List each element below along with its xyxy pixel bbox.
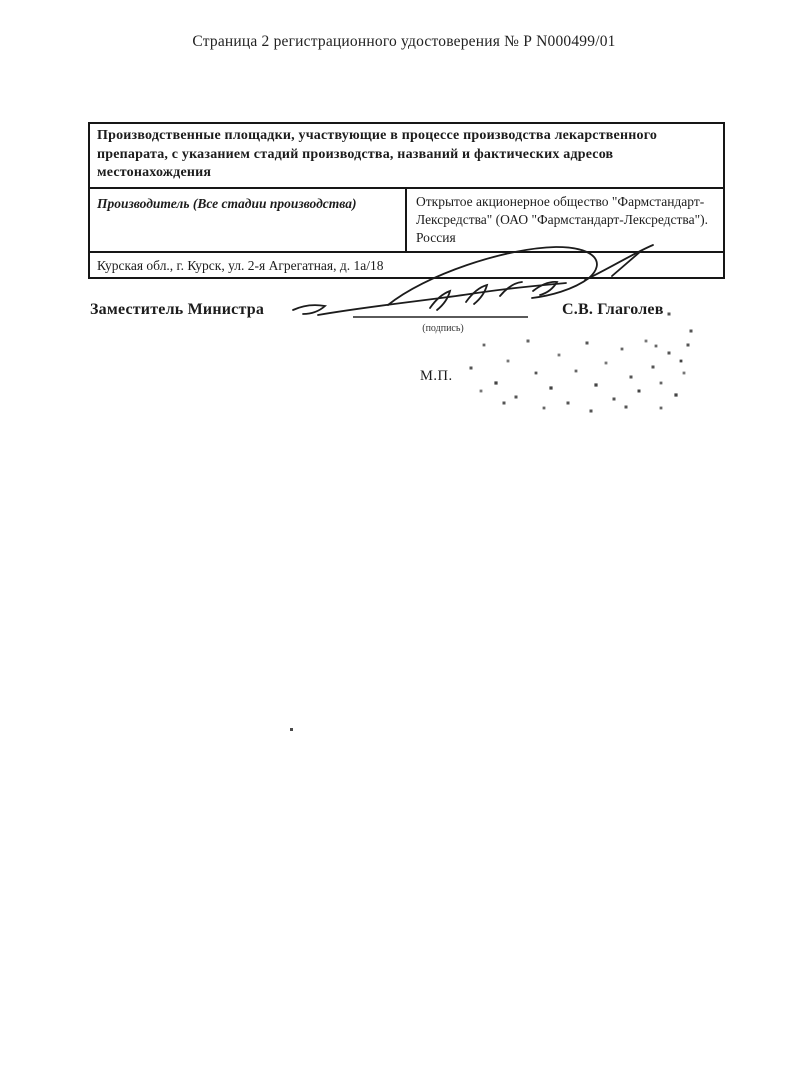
table-row: Производитель (Все стадии производства) … — [90, 189, 723, 253]
stamp-remnant-speckles — [455, 332, 457, 334]
certificate-page: Страница 2 регистрационного удостоверени… — [0, 0, 808, 1072]
page-header: Страница 2 регистрационного удостоверени… — [0, 33, 808, 51]
manufacturer-value-cell: Открытое акционерное общество "Фармстанд… — [407, 189, 723, 251]
table-header-cell: Производственные площадки, участвующие в… — [90, 124, 723, 189]
signatory-name: С.В. Глаголев — [562, 301, 664, 319]
signature-caption: (подпись) — [413, 323, 473, 334]
address-cell: Курская обл., г. Курск, ул. 2-я Агрегатн… — [90, 253, 723, 277]
production-sites-table: Производственные площадки, участвующие в… — [88, 122, 725, 279]
stamp-abbr: М.П. — [420, 368, 453, 385]
official-title: Заместитель Министра — [90, 301, 264, 319]
signature-line — [353, 316, 528, 318]
scan-noise-speck — [290, 728, 293, 731]
manufacturer-label-cell: Производитель (Все стадии производства) — [90, 189, 407, 251]
